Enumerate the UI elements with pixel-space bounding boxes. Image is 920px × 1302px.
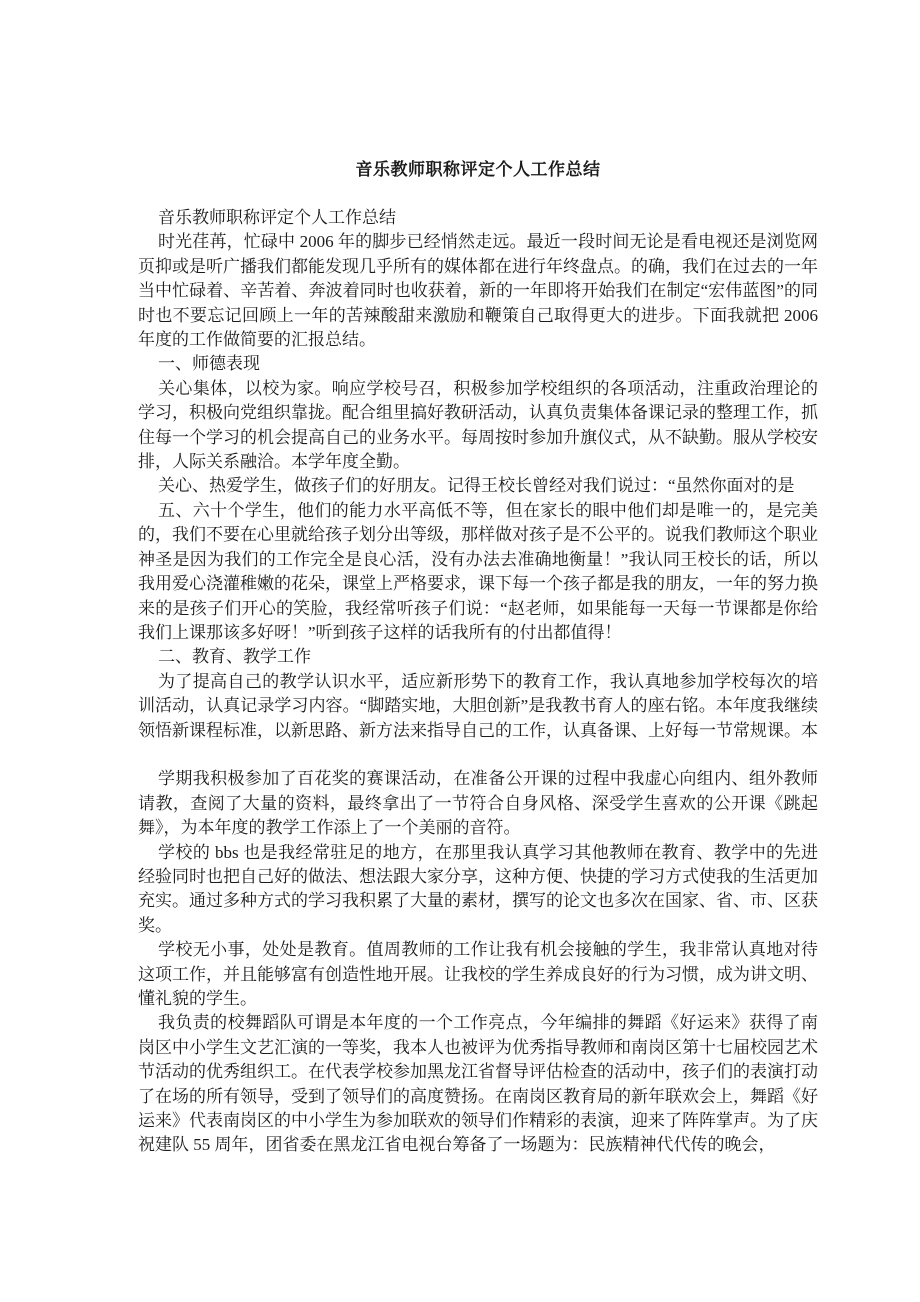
paragraph: 关心、热爱学生，做孩子们的好朋友。记得王校长曾经对我们说过：“虽然你面对的是	[138, 474, 818, 498]
paragraph: 音乐教师职称评定个人工作总结	[138, 206, 818, 230]
paragraph: 关心集体，以校为家。响应学校号召，积极参加学校组织的各项活动，注重政治理论的学习…	[138, 377, 818, 475]
paragraph: 一、师德表现	[138, 352, 818, 376]
paragraph: 我负责的校舞蹈队可谓是本年度的一个工作亮点，今年编排的舞蹈《好运来》获得了南岗区…	[138, 1011, 818, 1157]
paragraph: 为了提高自己的教学认识水平，适应新形势下的教育工作，我认真地参加学校每次的培训活…	[138, 670, 818, 743]
paragraph: 学期我积极参加了百花奖的赛课活动，在准备公开课的过程中我虚心向组内、组外教师请教…	[138, 767, 818, 840]
document-body: 音乐教师职称评定个人工作总结时光荏苒，忙碌中 2006 年的脚步已经悄然走远。最…	[138, 206, 818, 1158]
document-page: 音乐教师职称评定个人工作总结 音乐教师职称评定个人工作总结时光荏苒，忙碌中 20…	[0, 0, 920, 1302]
paragraph: 二、教育、教学工作	[138, 645, 818, 669]
paragraph: 学校的 bbs 也是我经常驻足的地方，在那里我认真学习其他教师在教育、教学中的先…	[138, 841, 818, 939]
paragraph: 学校无小事，处处是教育。值周教师的工作让我有机会接触的学生，我非常认真地对待这项…	[138, 938, 818, 1011]
paragraph: 时光荏苒，忙碌中 2006 年的脚步已经悄然走远。最近一段时间无论是看电视还是浏…	[138, 230, 818, 352]
document-title: 音乐教师职称评定个人工作总结	[138, 0, 818, 184]
blank-line	[138, 743, 818, 767]
paragraph: 五、六十个学生，他们的能力水平高低不等，但在家长的眼中他们却是唯一的，是完美的，…	[138, 499, 818, 645]
